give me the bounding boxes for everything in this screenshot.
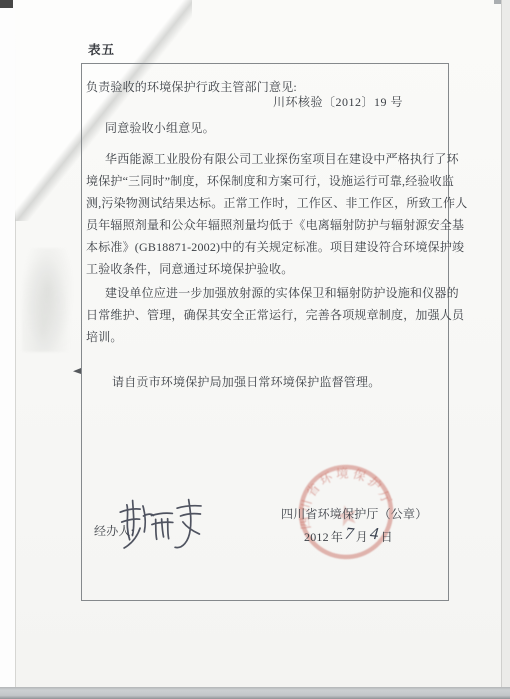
scanner-edge-bottom <box>0 687 510 699</box>
paragraph2-line: 日常维护、管理，确保其安全正常运行，完善各项规章制度，加强人员 <box>86 307 464 323</box>
paragraph1-line: 测,污染物测试结果达标。正常工作时，工作区、非工作区，所致工作人 <box>86 195 467 211</box>
handler-signature <box>117 491 206 561</box>
paragraph1-line: 本标准》(GB18871-2002)中的有关规定标准。项目建设符合环境保护竣 <box>86 239 464 255</box>
paragraph1-line: 华西能源工业股份有限公司工业探伤室项目在建设中严格执行了环 <box>105 151 459 167</box>
paragraph1-line: 境保护“三同时”制度，环保制度和方案可行，设施运行可靠,经验收监 <box>86 173 454 189</box>
date-year: 2012 <box>304 530 329 544</box>
form-table-label: 表五 <box>88 40 115 58</box>
scan-corner-artifact-topleft <box>0 0 13 8</box>
supervision-note: 请自贡市环境保护局加强日常环境保护监督管理。 <box>112 374 380 390</box>
agency-signature-line: 四川省环境保护厅（公章） <box>281 506 427 522</box>
scan-smudge <box>22 248 74 352</box>
scanned-document: 表五 负责验收的环境保护行政主管部门意见: 川环核验〔2012〕19 号 同意验… <box>0 0 510 699</box>
date-day-handwritten: 4 <box>369 526 379 543</box>
date-line: 2012年7月4日 <box>303 528 394 545</box>
date-day-label: 日 <box>381 530 393 544</box>
date-year-label: 年 <box>331 530 343 544</box>
document-number: 川环核验〔2012〕19 号 <box>273 94 403 110</box>
date-month-label: 月 <box>356 530 368 544</box>
paragraph2-line: 建设单位应进一步加强放射源的实体保卫和辐射防护设施和仪器的 <box>105 285 459 301</box>
section-label: 负责验收的环境保护行政主管部门意见: <box>86 79 297 95</box>
paragraph1-line: 工验收条件，同意通过环境保护验收。 <box>86 261 293 277</box>
scanner-edge-right <box>501 0 510 687</box>
opinion-intro: 同意验收小组意见。 <box>105 120 215 136</box>
date-month-handwritten: 7 <box>344 526 354 543</box>
paragraph1-line: 员年辐照剂量和公众年辐照剂量均低于《电离辐射防护与辐射源安全基 <box>86 217 464 233</box>
paragraph2-line: 培训。 <box>86 329 123 345</box>
